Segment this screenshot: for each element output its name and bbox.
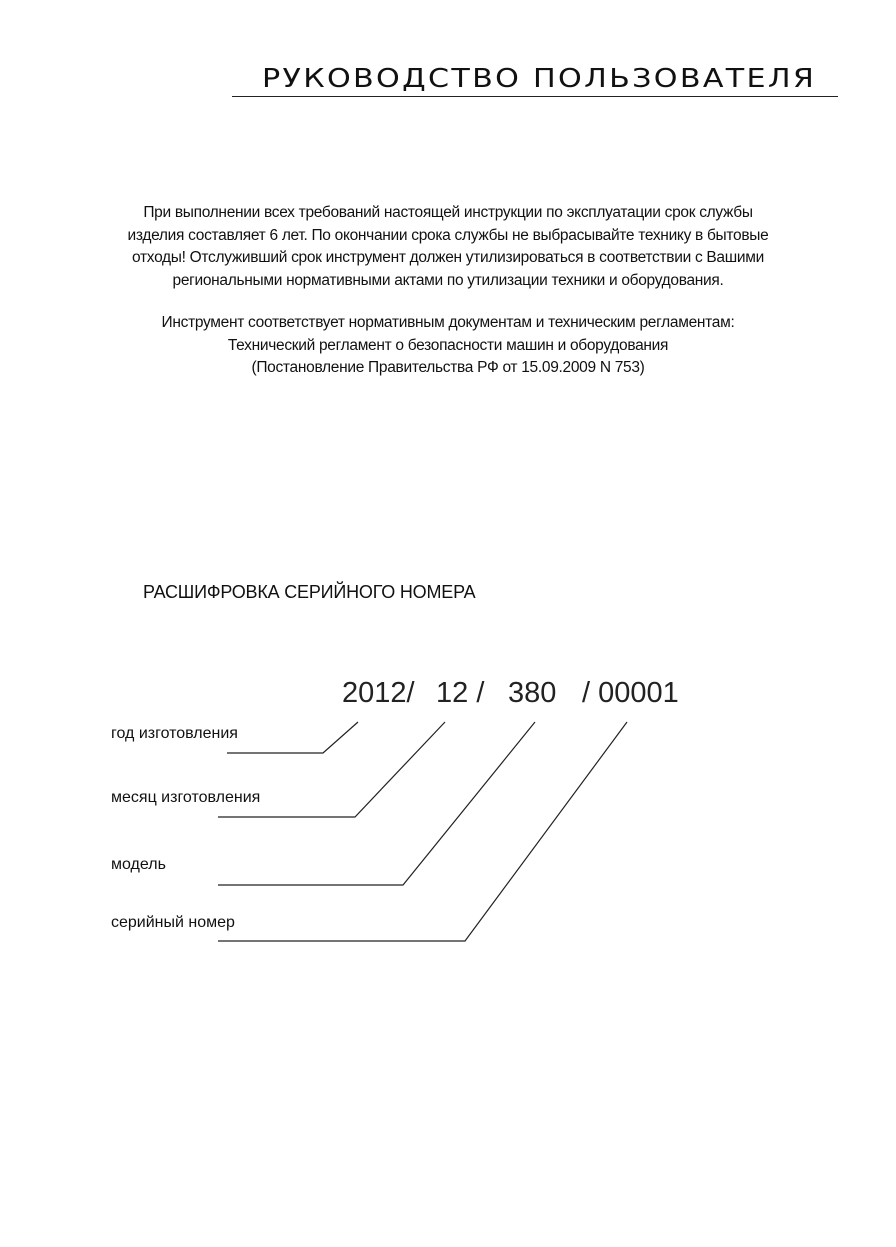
leader-line-month (218, 722, 445, 817)
leader-line-serial (218, 722, 627, 941)
leader-lines (0, 0, 896, 1247)
leader-line-model (218, 722, 535, 885)
leader-line-year (227, 722, 358, 753)
